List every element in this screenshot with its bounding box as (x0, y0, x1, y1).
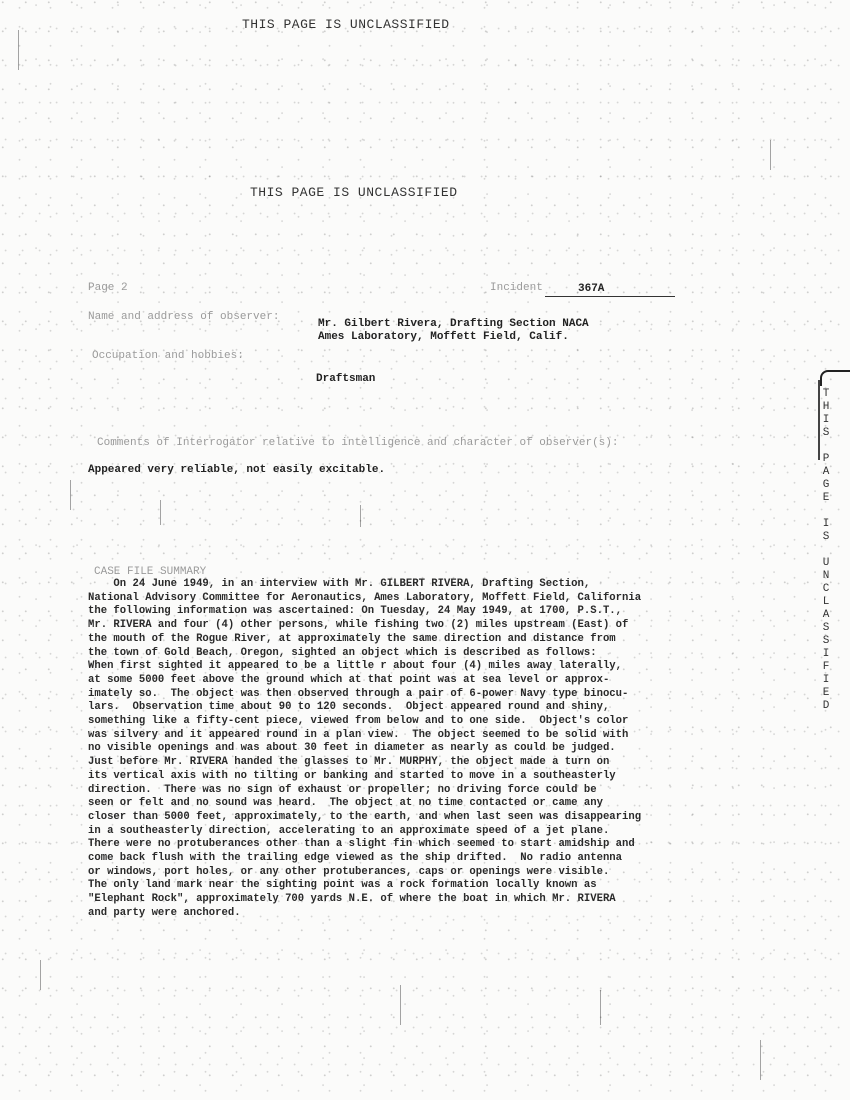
side-label-char: G (820, 479, 832, 492)
summary-line: lars. Observation time about 90 to 120 s… (88, 701, 728, 715)
side-label-char: T (820, 388, 832, 401)
scan-streak (600, 990, 601, 1025)
side-label-char: H (820, 401, 832, 414)
incident-label: Incident (490, 282, 543, 294)
summary-line: "Elephant Rock", approximately 700 yards… (88, 893, 728, 907)
side-label-char: N (820, 570, 832, 583)
comments-label: Comments of Interrogator relative to int… (97, 437, 619, 449)
side-label-char (820, 544, 832, 557)
scan-streak (18, 30, 19, 70)
side-label-char (820, 505, 832, 518)
observer-address-line: Ames Laboratory, Moffett Field, Calif. (318, 331, 569, 343)
summary-line: and party were anchored. (88, 907, 728, 921)
summary-line: the mouth of the Rogue River, at approxi… (88, 633, 728, 647)
occupation-label: Occupation and hobbies: (92, 350, 244, 362)
summary-heading: CASE FILE SUMMARY (94, 566, 206, 578)
incident-underline (545, 296, 675, 297)
occupation-value: Draftsman (316, 373, 375, 385)
summary-line: Just before Mr. RIVERA handed the glasse… (88, 756, 728, 770)
side-label-char: E (820, 492, 832, 505)
name-address-label: Name and address of observer: (88, 311, 279, 323)
side-label-char: F (820, 661, 832, 674)
summary-line: There were no protuberances other than a… (88, 838, 728, 852)
side-label-char: D (820, 700, 832, 713)
summary-line: imately so. The object was then observed… (88, 688, 728, 702)
side-label-char: I (820, 648, 832, 661)
observer-name-line: Mr. Gilbert Rivera, Drafting Section NAC… (318, 318, 589, 330)
summary-line: the town of Gold Beach, Oregon, sighted … (88, 647, 728, 661)
summary-line: the following information was ascertaine… (88, 605, 728, 619)
scan-streak (760, 1040, 761, 1080)
side-label-char: I (820, 674, 832, 687)
scan-streak (360, 505, 361, 527)
comments-value: Appeared very reliable, not easily excit… (88, 464, 385, 476)
side-bracket-mark (820, 370, 850, 386)
side-label-char: I (820, 518, 832, 531)
summary-line: was silvery and it appeared round in a p… (88, 729, 728, 743)
summary-line: at some 5000 feet above the ground which… (88, 674, 728, 688)
summary-line: seen or felt and no sound was heard. The… (88, 797, 728, 811)
scan-streak (400, 985, 401, 1025)
side-label-char: S (820, 427, 832, 440)
summary-line: or windows, port holes, or any other pro… (88, 866, 728, 880)
side-label-char: E (820, 687, 832, 700)
case-summary-body: On 24 June 1949, in an interview with Mr… (88, 578, 728, 921)
summary-line: When first sighted it appeared to be a l… (88, 660, 728, 674)
summary-line: On 24 June 1949, in an interview with Mr… (88, 578, 728, 592)
scan-streak (70, 480, 71, 510)
side-label-char: S (820, 635, 832, 648)
incident-number: 367A (578, 283, 604, 295)
side-label-char: S (820, 531, 832, 544)
scan-streak (160, 500, 161, 525)
scan-noise (0, 0, 850, 1100)
summary-line: in a southeasterly direction, accelerati… (88, 825, 728, 839)
summary-line: come back flush with the trailing edge v… (88, 852, 728, 866)
summary-line: closer than 5000 feet, approximately, to… (88, 811, 728, 825)
top-classification-banner: THIS PAGE IS UNCLASSIFIED (242, 17, 450, 32)
side-classification-label: THIS PAGE IS UNCLASSIFIED (820, 388, 832, 713)
summary-line: The only land mark near the sighting poi… (88, 879, 728, 893)
side-label-char: A (820, 609, 832, 622)
side-label-char: S (820, 622, 832, 635)
mid-classification-banner: THIS PAGE IS UNCLASSIFIED (250, 185, 458, 200)
side-label-char: A (820, 466, 832, 479)
side-label-char: C (820, 583, 832, 596)
side-label-char: U (820, 557, 832, 570)
side-label-char: L (820, 596, 832, 609)
side-label-char: P (820, 453, 832, 466)
summary-line: direction. There was no sign of exhaust … (88, 784, 728, 798)
side-label-char (820, 440, 832, 453)
summary-line: no visible openings and was about 30 fee… (88, 742, 728, 756)
scan-streak (40, 960, 41, 990)
summary-line: something like a fifty-cent piece, viewe… (88, 715, 728, 729)
side-label-char: I (820, 414, 832, 427)
page-label: Page 2 (88, 282, 128, 294)
summary-line: its vertical axis with no tilting or ban… (88, 770, 728, 784)
summary-line: Mr. RIVERA and four (4) other persons, w… (88, 619, 728, 633)
summary-line: National Advisory Committee for Aeronaut… (88, 592, 728, 606)
scan-streak (770, 140, 771, 170)
